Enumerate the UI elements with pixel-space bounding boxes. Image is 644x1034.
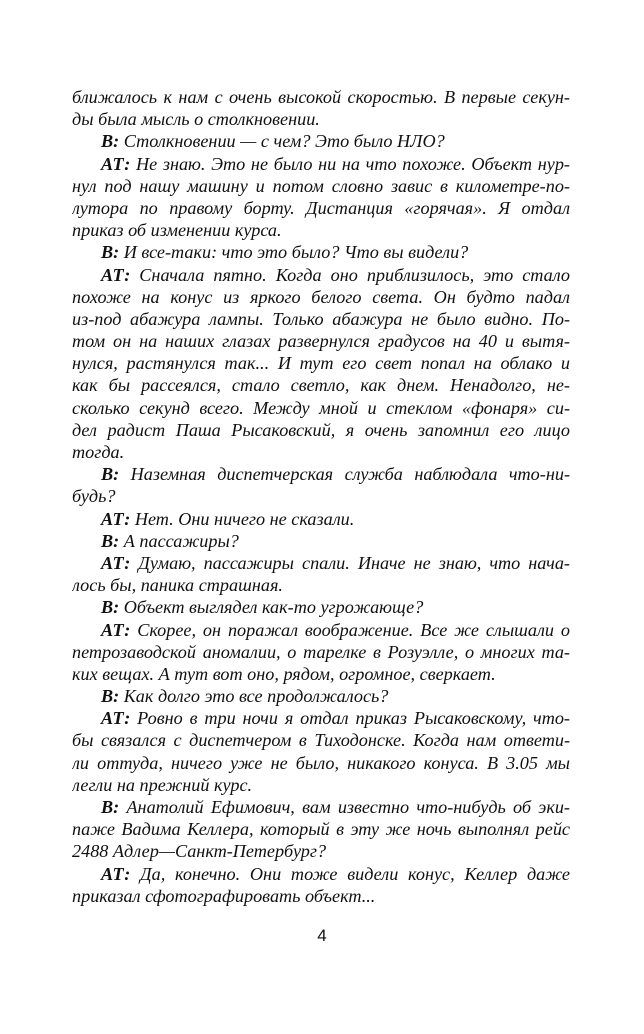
text-line: нул под нашу машину и потом словно завис… [72,175,570,197]
text-line: ды была мысль о столкновении. [72,108,570,130]
text-line: будь? [72,485,570,507]
dialogue-line: АТ: Ровно в три ночи я отдал приказ Рыса… [72,707,570,729]
line-text: Нет. Они ничего не сказали. [130,509,354,529]
speaker-label: АТ: [101,620,130,640]
dialogue-line: В: И все-таки: что это было? Что вы виде… [72,241,570,263]
line-text: ли оттуда, ничего уже не было, никакого … [72,753,570,773]
book-page-text: ближалось к нам с очень высокой скорость… [72,86,570,907]
text-line: паже Вадима Келлера, который в эту же но… [72,818,570,840]
dialogue-line: АТ: Да, конечно. Они тоже видели конус, … [72,863,570,885]
speaker-label: В: [101,597,119,617]
speaker-label: АТ: [101,708,130,728]
dialogue-line: В: Как долго это все продолжалось? [72,685,570,707]
text-line: ли оттуда, ничего уже не было, никакого … [72,752,570,774]
line-text: Анатолий Ефимович, вам известно что-нибу… [119,797,570,817]
line-text: 2488 Адлер—Санкт-Петербург? [72,841,326,861]
text-line: ких вещах. А тут вот оно, рядом, огромно… [72,663,570,685]
line-text: лутора по правому борту. Дистанция «горя… [72,198,570,218]
speaker-label: АТ: [101,553,130,573]
line-text: тогда. [72,442,124,462]
speaker-label: В: [101,531,119,551]
line-text: петрозаводской аномалии, о тарелке в Роз… [72,642,570,662]
text-line: как бы рассеялся, стало светло, как днем… [72,374,570,396]
dialogue-line: В: Объект выглядел как-то угрожающе? [72,596,570,618]
speaker-label: В: [101,464,119,484]
text-line: том он на наших глазах развернулся граду… [72,330,570,352]
line-text: Не знаю. Это не было ни на что похоже. О… [130,154,570,174]
line-text: Ровно в три ночи я отдал приказ Рысаковс… [130,708,570,728]
line-text: Думаю, пассажиры спали. Иначе не знаю, ч… [130,553,570,573]
text-line: ближалось к нам с очень высокой скорость… [72,86,570,108]
speaker-label: АТ: [101,154,130,174]
dialogue-line: АТ: Не знаю. Это не было ни на что похож… [72,153,570,175]
line-text: бы связался с диспетчером в Тиходонске. … [72,730,570,750]
dialogue-line: АТ: Нет. Они ничего не сказали. [72,508,570,530]
line-text: дел радист Паша Рысаковский, я очень зап… [72,420,570,440]
line-text: похоже на конус из яркого белого света. … [72,287,570,307]
text-line: лось бы, паника страшная. [72,574,570,596]
text-line: тогда. [72,441,570,463]
text-line: 2488 Адлер—Санкт-Петербург? [72,840,570,862]
line-text: приказ об изменении курса. [72,220,282,240]
dialogue-line: В: Столкновении — с чем? Это было НЛО? [72,130,570,152]
text-line: бы связался с диспетчером в Тиходонске. … [72,729,570,751]
line-text: Наземная диспетчерская служба наблюдала … [119,464,570,484]
line-text: Сначала пятно. Когда оно приблизилось, э… [130,265,570,285]
dialogue-line: В: Наземная диспетчерская служба наблюда… [72,463,570,485]
text-line: легли на прежний курс. [72,774,570,796]
text-line: сколько секунд всего. Между мной и стекл… [72,397,570,419]
page-number: 4 [0,926,644,946]
line-text: приказал сфотографировать объект... [72,886,375,906]
speaker-label: АТ: [101,509,130,529]
text-line: приказал сфотографировать объект... [72,885,570,907]
text-line: приказ об изменении курса. [72,219,570,241]
line-text: как бы рассеялся, стало светло, как днем… [72,375,570,395]
speaker-label: В: [101,131,119,151]
line-text: том он на наших глазах развернулся граду… [72,331,570,351]
speaker-label: В: [101,686,119,706]
text-line: из-под абажура лампы. Только абажура не … [72,308,570,330]
line-text: Объект выглядел как-то угрожающе? [119,597,423,617]
line-text: будь? [72,486,116,506]
line-text: Столкновении — с чем? Это было НЛО? [119,131,445,151]
speaker-label: АТ: [101,864,130,884]
line-text: паже Вадима Келлера, который в эту же но… [72,819,570,839]
line-text: И все-таки: что это было? Что вы видели? [119,242,468,262]
text-line: нулся, растянулся так... И тут его свет … [72,352,570,374]
dialogue-line: В: А пассажиры? [72,530,570,552]
line-text: нулся, растянулся так... И тут его свет … [72,353,570,373]
text-line: петрозаводской аномалии, о тарелке в Роз… [72,641,570,663]
line-text: А пассажиры? [119,531,239,551]
line-text: ды была мысль о столкновении. [72,109,320,129]
speaker-label: В: [101,797,119,817]
line-text: ких вещах. А тут вот оно, рядом, огромно… [72,664,496,684]
line-text: из-под абажура лампы. Только абажура не … [72,309,570,329]
text-line: лутора по правому борту. Дистанция «горя… [72,197,570,219]
dialogue-line: АТ: Сначала пятно. Когда оно приблизилос… [72,264,570,286]
line-text: нул под нашу машину и потом словно завис… [72,176,570,196]
line-text: Да, конечно. Они тоже видели конус, Келл… [130,864,570,884]
dialogue-line: В: Анатолий Ефимович, вам известно что-н… [72,796,570,818]
line-text: Как долго это все продолжалось? [119,686,388,706]
line-text: ближалось к нам с очень высокой скорость… [72,87,570,107]
dialogue-line: АТ: Думаю, пассажиры спали. Иначе не зна… [72,552,570,574]
speaker-label: АТ: [101,265,130,285]
line-text: сколько секунд всего. Между мной и стекл… [72,398,570,418]
line-text: легли на прежний курс. [72,775,252,795]
text-line: похоже на конус из яркого белого света. … [72,286,570,308]
line-text: Скорее, он поражал воображение. Все же с… [130,620,570,640]
line-text: лось бы, паника страшная. [72,575,283,595]
dialogue-line: АТ: Скорее, он поражал воображение. Все … [72,619,570,641]
speaker-label: В: [101,242,119,262]
text-line: дел радист Паша Рысаковский, я очень зап… [72,419,570,441]
